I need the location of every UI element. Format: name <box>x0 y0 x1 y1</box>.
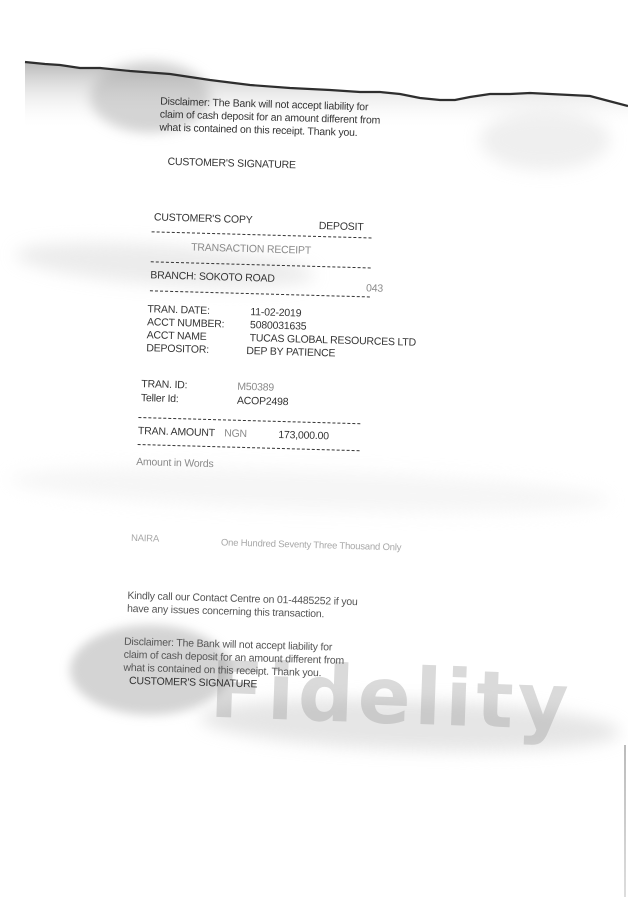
detail-value: DEP BY PATIENCE <box>246 345 335 359</box>
id-row: Teller Id:ACOP2498 <box>141 392 289 409</box>
amount-row: TRAN. AMOUNT NGN 173,000.00 <box>138 425 329 443</box>
branch-name: SOKOTO ROAD <box>199 271 275 285</box>
divider <box>150 290 370 297</box>
id-value: ACOP2498 <box>237 395 289 408</box>
words-currency: NAIRA <box>131 532 159 546</box>
branch-code: 043 <box>366 282 383 295</box>
id-label: TRAN. ID: <box>141 378 237 394</box>
amount-label: TRAN. AMOUNT <box>138 425 215 439</box>
top-signature-label: CUSTOMER'S SIGNATURE <box>167 156 296 173</box>
divider <box>138 444 360 451</box>
paper-edge <box>624 745 626 897</box>
branch-label: BRANCH: <box>150 269 196 282</box>
id-value: M50389 <box>237 381 274 394</box>
detail-value: 5080031635 <box>250 319 307 333</box>
transaction-type: DEPOSIT <box>319 220 364 234</box>
amount-words-label: Amount in Words <box>136 456 214 471</box>
copy-label: CUSTOMER'S COPY <box>154 211 253 227</box>
divider <box>138 417 360 424</box>
detail-label: DEPOSITOR: <box>146 342 246 358</box>
amount-value: 173,000.00 <box>278 429 329 442</box>
scan-smudge <box>9 460 610 521</box>
id-label: Teller Id: <box>141 392 237 408</box>
amount-currency: NGN <box>224 427 247 440</box>
scanned-receipt: Fidelity Disclaimer: The Bank will not a… <box>0 0 628 897</box>
words-value: One Hundred Seventy Three Thousand Only <box>221 536 402 554</box>
detail-value: 11-02-2019 <box>250 306 301 319</box>
